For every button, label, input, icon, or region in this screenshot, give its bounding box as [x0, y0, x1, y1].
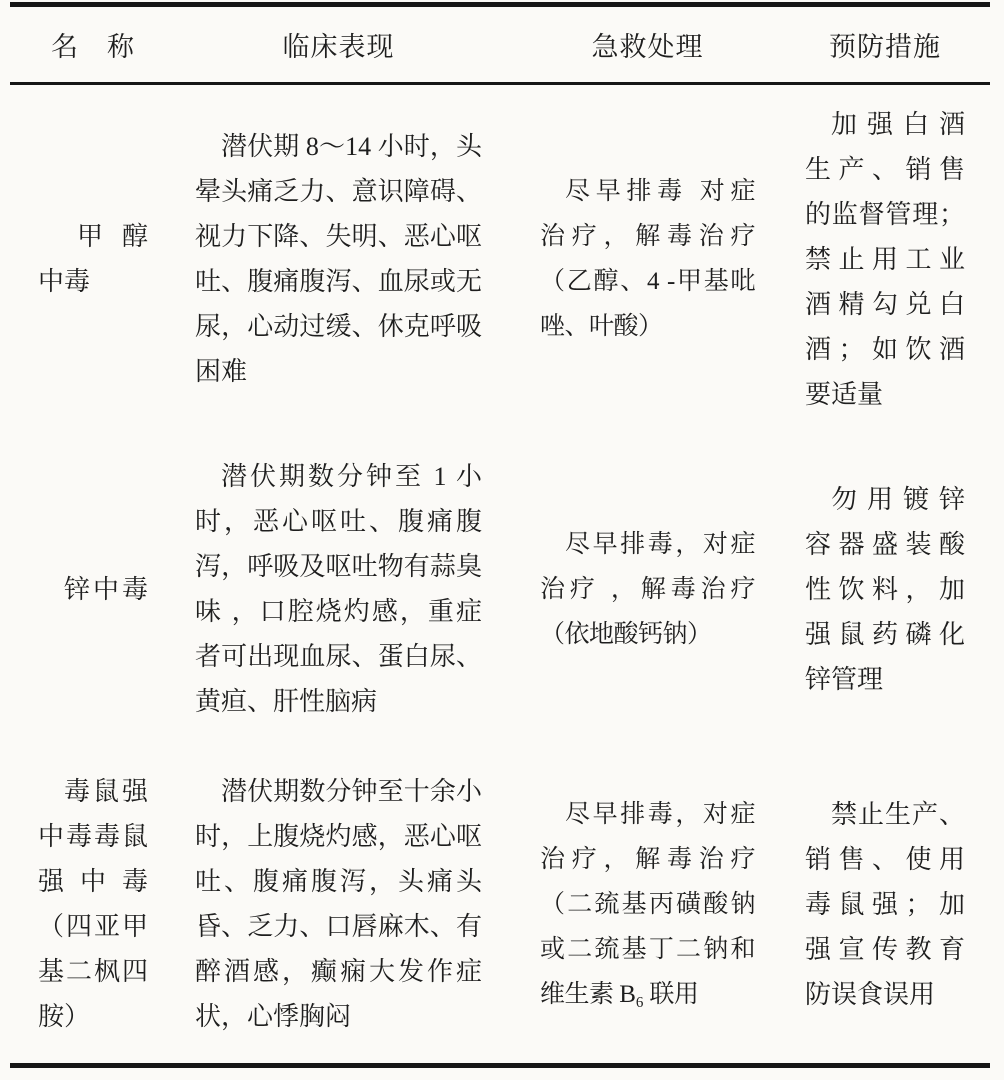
text-line: 尽早排毒，对症	[540, 792, 755, 837]
table-header-row: 名 称 临床表现 急救处理 预防措施	[10, 7, 990, 82]
text-line: 昏、乏力、口唇麻木、有	[195, 904, 482, 949]
text-line: 尽早排毒，对症	[540, 522, 755, 567]
text-line: 治疗 ，解毒治疗	[540, 567, 755, 612]
first-aid-cell: 尽早排毒，对症 治疗 ，解毒治疗 （依地酸钙钠）	[540, 522, 755, 657]
first-aid-cell: 尽早排毒 对症 治疗，解毒治疗 （乙醇、4 -甲基吡 唑、叶酸）	[540, 169, 755, 349]
text-line: （四亚甲	[38, 904, 148, 949]
text-line: 困难	[195, 349, 482, 394]
text-line: 尿，心动过缓、休克呼吸	[195, 304, 482, 349]
table-bottom-rule	[10, 1063, 990, 1068]
text-line: 毒鼠强	[38, 769, 148, 814]
first-aid-cell: 尽早排毒，对症 治疗，解毒治疗 （二巯基丙磺酸钠 或二巯基丁二钠和 维生素 B₆…	[540, 792, 755, 1017]
text-line: 容器盛装酸	[805, 522, 965, 567]
text-line: 加强白酒	[805, 102, 965, 147]
clinical-cell: 潜伏期数分钟至 1 小 时，恶心呕吐、腹痛腹 泻，呼吸及呕吐物有蒜臭 味 ，口腔…	[195, 454, 482, 724]
text-line: 治疗，解毒治疗	[540, 837, 755, 882]
text-line: 时，恶心呕吐、腹痛腹	[195, 499, 482, 544]
text-line: 强鼠药磷化	[805, 612, 965, 657]
header-name: 名 称	[38, 25, 148, 64]
header-first-aid: 急救处理	[540, 25, 755, 64]
prevention-cell: 加强白酒 生产、销售 的监督管理； 禁止用工业 酒精勾兑白 酒；如饮酒 要适量	[805, 102, 965, 417]
table-row-tetramine: 毒鼠强 中毒毒鼠 强中毒 （四亚甲 基二枫四 胺） 潜伏期数分钟至十余小 时，上…	[10, 745, 990, 1063]
poison-name-cell: 锌中毒	[38, 567, 148, 612]
text-line: 者可出现血尿、蛋白尿、	[195, 634, 482, 679]
text-line: 防误食误用	[805, 972, 965, 1017]
text-line: 酒；如饮酒	[805, 327, 965, 372]
text-line: 唑、叶酸）	[540, 304, 755, 349]
text-line: 维生素 B₆ 联用	[540, 972, 755, 1017]
text-line: 的监督管理；	[805, 192, 965, 237]
text-line: 锌中毒	[38, 567, 148, 612]
clinical-cell: 潜伏期 8～14 小时，头 晕头痛乏力、意识障碍、 视力下降、失明、恶心呕 吐、…	[195, 124, 482, 394]
text-line: 勿用镀锌	[805, 477, 965, 522]
text-line: 基二枫四	[38, 949, 148, 994]
text-line: 甲醇	[38, 214, 148, 259]
text-line: 潜伏期数分钟至 1 小	[195, 454, 482, 499]
poison-name-cell: 毒鼠强 中毒毒鼠 强中毒 （四亚甲 基二枫四 胺）	[38, 769, 148, 1039]
text-line: 要适量	[805, 372, 965, 417]
text-line: 视力下降、失明、恶心呕	[195, 214, 482, 259]
prevention-cell: 勿用镀锌 容器盛装酸 性饮料，加 强鼠药磷化 锌管理	[805, 477, 965, 702]
text-line: 中毒毒鼠	[38, 814, 148, 859]
prevention-cell: 禁止生产、 销售、使用 毒鼠强；加 强宣传教育 防误食误用	[805, 792, 965, 1017]
header-prevention: 预防措施	[805, 25, 965, 64]
text-line: 销售、使用	[805, 837, 965, 882]
text-line: （二巯基丙磺酸钠	[540, 882, 755, 927]
text-line: 性饮料，加	[805, 567, 965, 612]
text-line: 醉酒感，癫痫大发作症	[195, 949, 482, 994]
text-line: 治疗，解毒治疗	[540, 214, 755, 259]
text-line: 禁止生产、	[805, 792, 965, 837]
text-line: （乙醇、4 -甲基吡	[540, 259, 755, 304]
text-line: （依地酸钙钠）	[540, 612, 755, 657]
table-row-zinc: 锌中毒 潜伏期数分钟至 1 小 时，恶心呕吐、腹痛腹 泻，呼吸及呕吐物有蒜臭 味…	[10, 433, 990, 745]
text-line: 毒鼠强；加	[805, 882, 965, 927]
text-line: 吐、腹痛腹泻、血尿或无	[195, 259, 482, 304]
clinical-cell: 潜伏期数分钟至十余小 时，上腹烧灼感，恶心呕 吐、腹痛腹泻，头痛头 昏、乏力、口…	[195, 769, 482, 1039]
text-line: 黄疸、肝性脑病	[195, 679, 482, 724]
text-line: 味 ，口腔烧灼感，重症	[195, 589, 482, 634]
text-line: 时，上腹烧灼感，恶心呕	[195, 814, 482, 859]
text-line: 泻，呼吸及呕吐物有蒜臭	[195, 544, 482, 589]
text-line: 酒精勾兑白	[805, 282, 965, 327]
text-line: 尽早排毒 对症	[540, 169, 755, 214]
text-line: 禁止用工业	[805, 237, 965, 282]
text-line: 潜伏期数分钟至十余小	[195, 769, 482, 814]
text-line: 晕头痛乏力、意识障碍、	[195, 169, 482, 214]
text-line: 或二巯基丁二钠和	[540, 927, 755, 972]
poison-name-cell: 甲醇 中毒	[38, 214, 148, 304]
text-line: 胺）	[38, 994, 148, 1039]
text-line: 生产、销售	[805, 147, 965, 192]
table-row-methanol: 甲醇 中毒 潜伏期 8～14 小时，头 晕头痛乏力、意识障碍、 视力下降、失明、…	[10, 85, 990, 433]
header-clinical: 临床表现	[195, 25, 482, 64]
text-line: 强中毒	[38, 859, 148, 904]
text-line: 强宣传教育	[805, 927, 965, 972]
poisoning-reference-table: 名 称 临床表现 急救处理 预防措施 甲醇 中毒 潜伏期 8～14 小时，头 晕…	[10, 0, 990, 1068]
text-line: 锌管理	[805, 657, 965, 702]
text-line: 中毒	[38, 259, 148, 304]
text-line: 吐、腹痛腹泻，头痛头	[195, 859, 482, 904]
text-line: 潜伏期 8～14 小时，头	[195, 124, 482, 169]
text-line: 状，心悸胸闷	[195, 994, 482, 1039]
